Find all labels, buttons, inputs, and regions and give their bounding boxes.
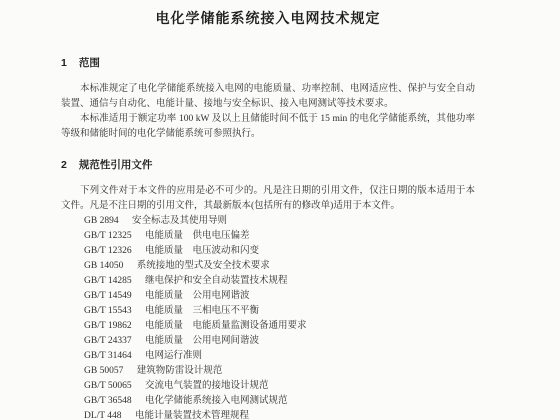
reference-code: GB/T 12325: [84, 229, 132, 244]
reference-item: GB/T 50065 交流电气装置的接地设计规范: [84, 379, 475, 394]
reference-code: DL/T 448: [84, 409, 122, 420]
section-2-body: 下列文件对于本文件的应用是必不可少的。凡是注日期的引用文件，仅注日期的版本适用于…: [61, 184, 475, 214]
section-1-heading: 1 范围: [61, 57, 475, 69]
reference-title: 建筑物防雷设计规范: [137, 366, 223, 376]
reference-item: GB/T 24337 电能质量 公用电网间谐波: [84, 334, 475, 349]
section-1-body: 本标准规定了电化学储能系统接入电网的电能质量、功率控制、电网适应性、保护与安全自…: [61, 82, 475, 142]
reference-code: GB/T 50065: [84, 379, 132, 394]
reference-code: GB/T 12326: [84, 244, 132, 259]
reference-title: 电化学储能系统接入电网测试规范: [145, 396, 288, 406]
reference-code: GB/T 36548: [84, 394, 132, 409]
reference-code: GB/T 31464: [84, 349, 132, 364]
section-2-number: 2: [61, 159, 67, 171]
reference-title: 电能质量 公用电网谐波: [145, 291, 250, 301]
scope-paragraph-2: 本标准适用于额定功率 100 kW 及以上且储能时间不低于 15 min 的电化…: [61, 112, 475, 142]
reference-item: GB 50057 建筑物防雷设计规范: [84, 364, 475, 379]
reference-title: 电能质量 电压波动和闪变: [145, 246, 259, 256]
section-1-number: 1: [61, 57, 67, 69]
reference-title: 电能计量装置技术管理规程: [135, 411, 249, 420]
reference-item: GB/T 14549 电能质量 公用电网谐波: [84, 289, 475, 304]
reference-title: 电能质量 供电电压偏差: [145, 231, 250, 241]
reference-title: 电网运行准则: [145, 351, 202, 361]
reference-code: GB/T 24337: [84, 334, 132, 349]
reference-code: GB 2894: [84, 214, 119, 229]
section-1-heading-text: 范围: [79, 57, 100, 69]
reference-code: GB/T 14285: [84, 274, 132, 289]
reference-list: GB 2894 安全标志及其使用导则 GB/T 12325 电能质量 供电电压偏…: [61, 214, 475, 420]
reference-item: GB/T 12326 电能质量 电压波动和闪变: [84, 244, 475, 259]
reference-title: 电能质量 三相电压不平衡: [145, 306, 259, 316]
reference-item: GB/T 31464 电网运行准则: [84, 349, 475, 364]
reference-title: 继电保护和安全自动装置技术规程: [145, 276, 288, 286]
document-page: 电化学储能系统接入电网技术规定 1 范围 本标准规定了电化学储能系统接入电网的电…: [0, 0, 560, 420]
scope-paragraph-1: 本标准规定了电化学储能系统接入电网的电能质量、功率控制、电网适应性、保护与安全自…: [61, 82, 475, 112]
reference-item: GB/T 14285 继电保护和安全自动装置技术规程: [84, 274, 475, 289]
reference-item: DL/T 448 电能计量装置技术管理规程: [84, 409, 475, 420]
reference-item: GB/T 15543 电能质量 三相电压不平衡: [84, 304, 475, 319]
reference-item: GB/T 19862 电能质量 电能质量监测设备通用要求: [84, 319, 475, 334]
reference-title: 电能质量 电能质量监测设备通用要求: [145, 321, 307, 331]
section-normative-references: 2 规范性引用文件 下列文件对于本文件的应用是必不可少的。凡是注日期的引用文件，…: [61, 159, 475, 420]
reference-code: GB/T 14549: [84, 289, 132, 304]
document-content: 电化学储能系统接入电网技术规定 1 范围 本标准规定了电化学储能系统接入电网的电…: [61, 0, 475, 420]
reference-title: 交流电气装置的接地设计规范: [145, 381, 269, 391]
section-scope: 1 范围 本标准规定了电化学储能系统接入电网的电能质量、功率控制、电网适应性、保…: [61, 57, 475, 142]
section-2-heading: 2 规范性引用文件: [61, 159, 475, 171]
reference-item: GB 2894 安全标志及其使用导则: [84, 214, 475, 229]
section-2-heading-text: 规范性引用文件: [79, 159, 153, 171]
reference-title: 系统接地的型式及安全技术要求: [137, 261, 270, 271]
references-intro-paragraph: 下列文件对于本文件的应用是必不可少的。凡是注日期的引用文件，仅注日期的版本适用于…: [61, 184, 475, 214]
reference-code: GB/T 19862: [84, 319, 132, 334]
reference-title: 安全标志及其使用导则: [132, 216, 227, 226]
reference-item: GB/T 12325 电能质量 供电电压偏差: [84, 229, 475, 244]
reference-item: GB 14050 系统接地的型式及安全技术要求: [84, 259, 475, 274]
reference-title: 电能质量 公用电网间谐波: [145, 336, 259, 346]
reference-code: GB/T 15543: [84, 304, 132, 319]
reference-item: GB/T 36548 电化学储能系统接入电网测试规范: [84, 394, 475, 409]
reference-code: GB 14050: [84, 259, 123, 274]
reference-code: GB 50057: [84, 364, 123, 379]
document-title: 电化学储能系统接入电网技术规定: [61, 10, 475, 27]
